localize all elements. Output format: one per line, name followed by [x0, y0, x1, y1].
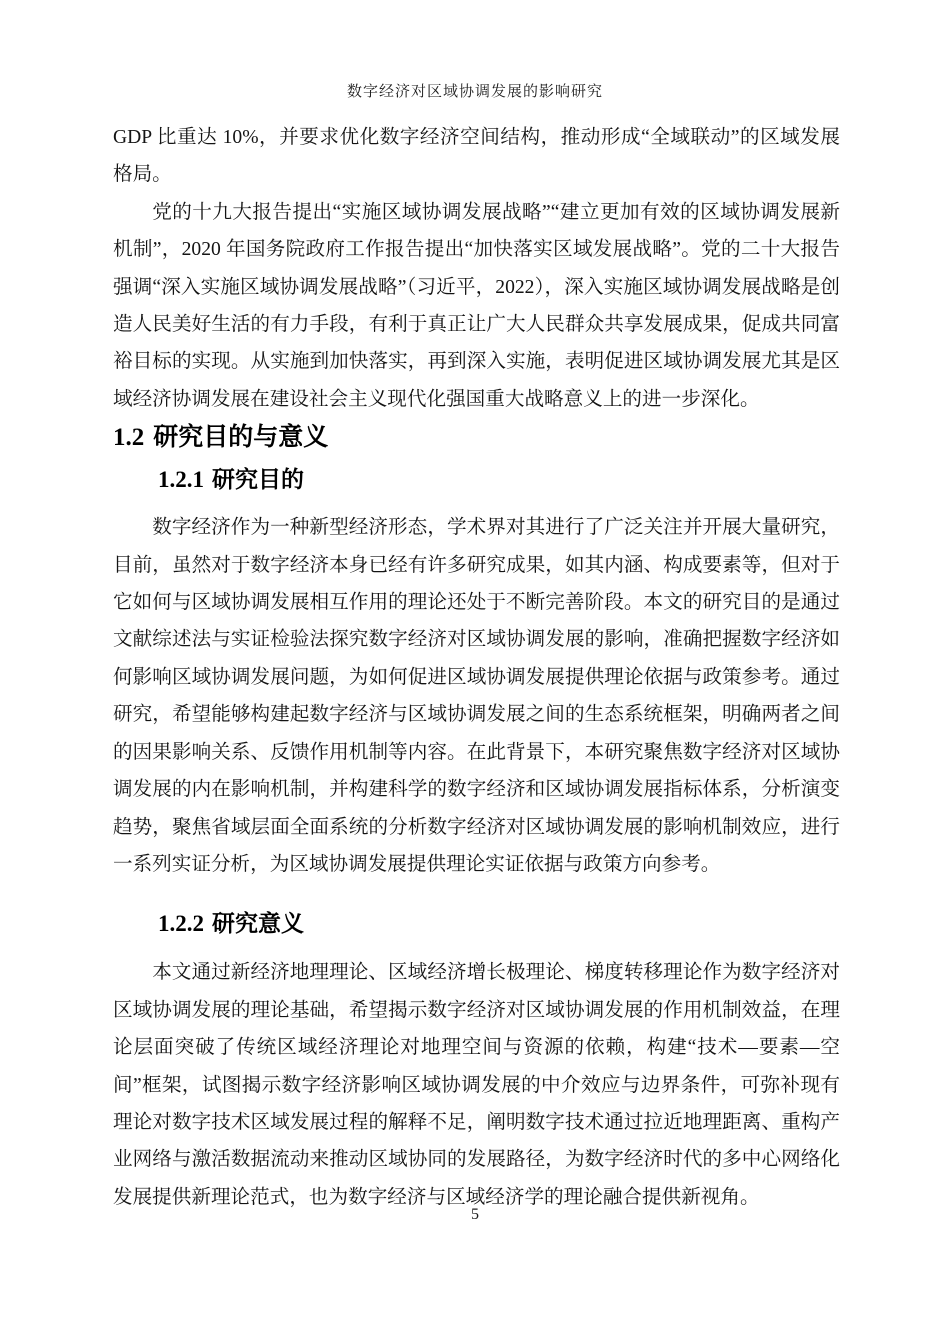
paragraph-policy-background: 党的十九大报告提出“实施区域协调发展战略”“建立更加有效的区域协调发展新机制”，…	[113, 194, 840, 418]
subsection-number: 1.2.1	[158, 467, 204, 492]
running-header: 数字经济对区域协调发展的影响研究	[0, 80, 950, 101]
subsection-heading-1-2-2: 1.2.2研究意义	[158, 908, 840, 939]
page-content: GDP 比重达 10%，并要求优化数字经济空间结构，推动形成“全域联动”的区域发…	[113, 119, 840, 1216]
subsection-title: 研究目的	[212, 466, 304, 492]
document-page: 数字经济对区域协调发展的影响研究 GDP 比重达 10%，并要求优化数字经济空间…	[0, 0, 950, 1344]
paragraph-research-significance: 本文通过新经济地理理论、区域经济增长极理论、梯度转移理论作为数字经济对区域协调发…	[113, 954, 840, 1216]
paragraph-gdp-continuation: GDP 比重达 10%，并要求优化数字经济空间结构，推动形成“全域联动”的区域发…	[113, 119, 840, 194]
section-heading-1-2: 1.2研究目的与意义	[113, 420, 840, 455]
section-title: 研究目的与意义	[153, 423, 328, 451]
subsection-heading-1-2-1: 1.2.1研究目的	[158, 464, 840, 495]
subsection-title: 研究意义	[212, 910, 304, 936]
subsection-number: 1.2.2	[158, 911, 204, 936]
page-number: 5	[0, 1206, 950, 1224]
section-number: 1.2	[113, 424, 144, 451]
paragraph-research-purpose: 数字经济作为一种新型经济形态，学术界对其进行了广泛关注并开展大量研究，目前，虽然…	[113, 509, 840, 883]
